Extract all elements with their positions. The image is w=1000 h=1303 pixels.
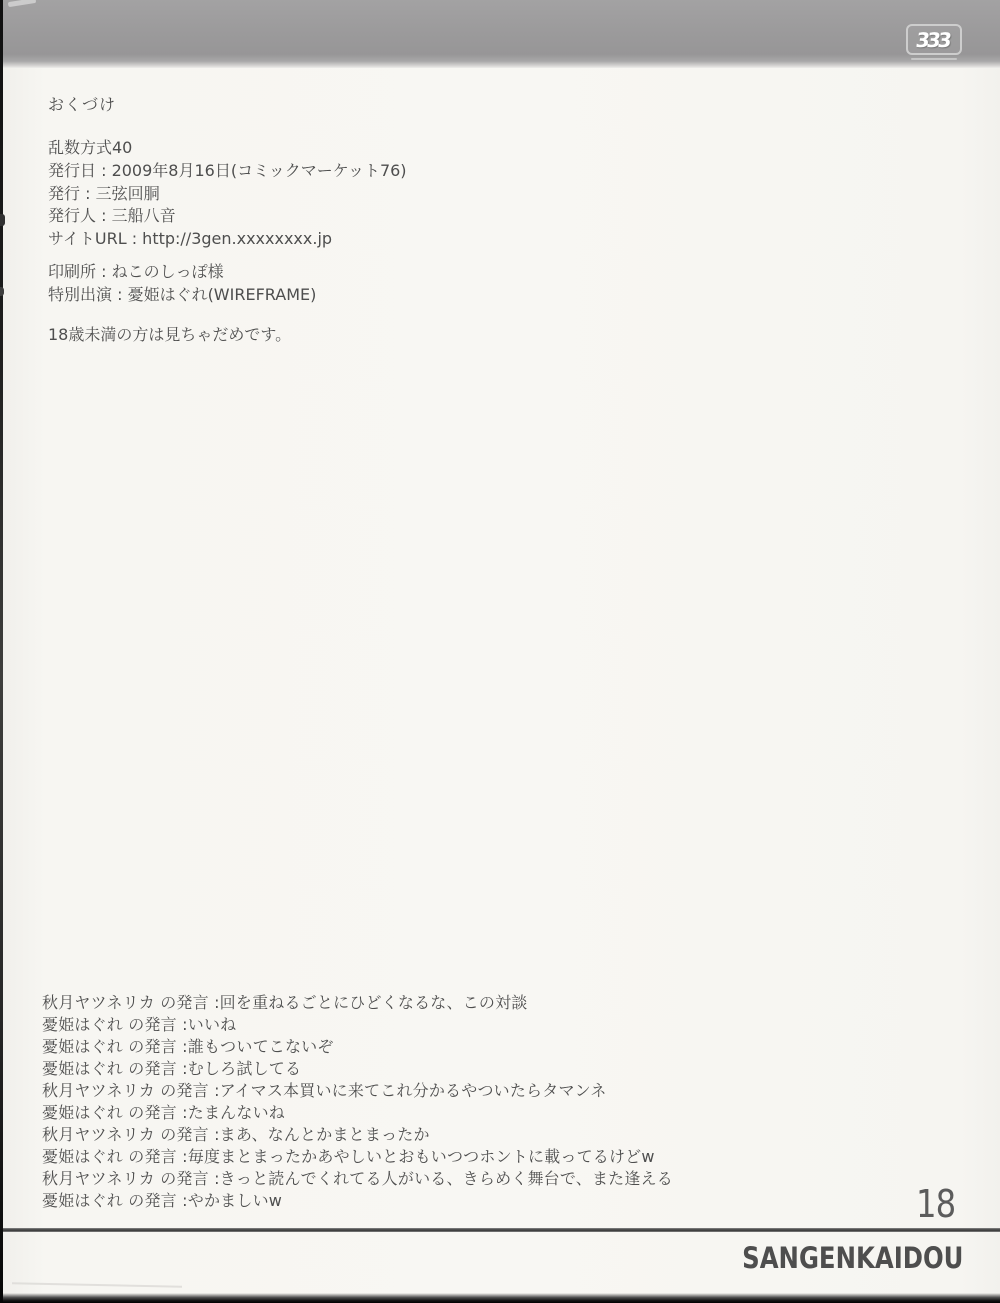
publication-info-line: 乱数方式40: [48, 137, 407, 160]
chat-line: 秋月ヤツネリカ の発言 :アイマス本買いに来てこれ分かるやついたらタマンネ: [42, 1080, 782, 1102]
chat-line: 憂姫はぐれ の発言 :いいね: [42, 1014, 782, 1036]
scan-bottom-edge: [0, 1293, 1000, 1303]
credit-line: 特別出演 : 憂姫はぐれ(WIREFRAME): [48, 283, 316, 306]
footer-divider-line: [0, 1228, 1000, 1232]
chat-line: 秋月ヤツネリカ の発言 :回を重ねるごとにひどくなるな、この対談: [42, 992, 782, 1014]
circle-logo-caption-line: [911, 58, 957, 60]
page-number: 18: [916, 1185, 955, 1223]
publication-info-line: 発行人 : 三船八音: [48, 205, 407, 228]
publication-info-list: 乱数方式40 発行日 : 2009年8月16日(コミックマーケット76) 発行 …: [48, 137, 407, 251]
circle-logo: 333: [906, 24, 962, 60]
publication-info-line: サイトURL : http://3gen.xxxxxxxx.jp: [48, 228, 407, 251]
scan-left-edge: [0, 0, 3, 1303]
circle-logo-frame: 333: [906, 24, 962, 55]
scan-artifact-smudge: [12, 1282, 182, 1288]
credit-line: 印刷所 : ねこのしっぽ様: [48, 260, 316, 283]
chat-line: 憂姫はぐれ の発言 :やかましいw: [42, 1190, 782, 1212]
chat-line: 秋月ヤツネリカ の発言 :まあ、なんとかまとまったか: [42, 1124, 782, 1146]
chat-line: 憂姫はぐれ の発言 :誰もついてこないぞ: [42, 1036, 782, 1058]
chat-line: 憂姫はぐれ の発言 :毎度まとまったかあやしいとおもいつつホントに載ってるけどw: [42, 1146, 782, 1168]
circle-logo-glyphs: 333: [915, 30, 954, 50]
scan-artifact-notch: [8, 0, 36, 7]
scan-artifact-mark: [0, 287, 4, 296]
publication-info-line: 発行日 : 2009年8月16日(コミックマーケット76): [48, 160, 407, 183]
age-restriction-notice: 18歳未満の方は見ちゃだめです。: [48, 322, 291, 345]
colophon-title: おくづけ: [48, 92, 116, 115]
chat-log: 秋月ヤツネリカ の発言 :回を重ねるごとにひどくなるな、この対談 憂姫はぐれ の…: [42, 992, 782, 1212]
chat-line: 憂姫はぐれ の発言 :むしろ試してる: [42, 1058, 782, 1080]
chat-line: 憂姫はぐれ の発言 :たまんないね: [42, 1102, 782, 1124]
scan-artifact-mark: [0, 214, 5, 226]
top-banner: 333: [0, 0, 1000, 68]
circle-name-footer: SANGENKAIDOU: [742, 1244, 963, 1273]
publication-info-line: 発行 : 三弦回胴: [48, 183, 407, 206]
scanned-doujinshi-page: 333 おくづけ 乱数方式40 発行日 : 2009年8月16日(コミックマーケ…: [0, 0, 1000, 1303]
credits-list: 印刷所 : ねこのしっぽ様 特別出演 : 憂姫はぐれ(WIREFRAME): [48, 260, 316, 306]
chat-line: 秋月ヤツネリカ の発言 :きっと読んでくれてる人がいる、きらめく舞台で、また逢え…: [42, 1168, 782, 1190]
